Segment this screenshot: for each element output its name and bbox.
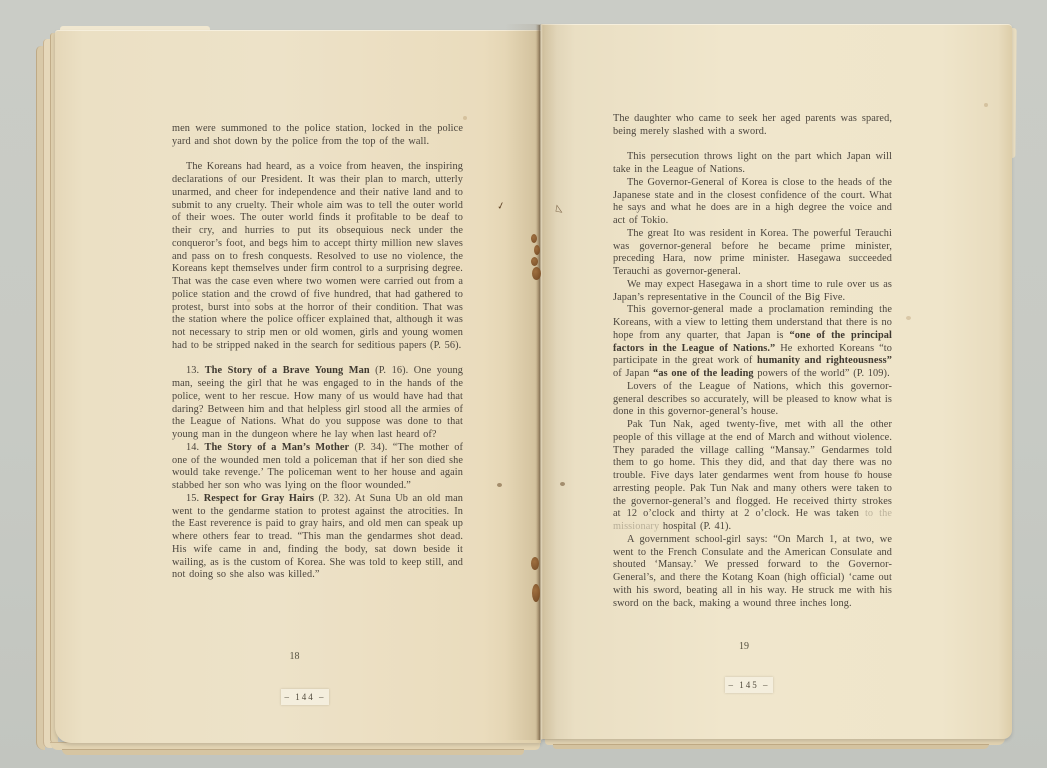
paragraph: A government school-girl says: “On March… — [613, 534, 892, 611]
text-run: men were summoned to the police station,… — [172, 123, 463, 147]
text-run: 13. — [186, 365, 205, 376]
bold-text-run: The Story of a Man’s Mother — [205, 442, 350, 453]
page-stack-bottom-edge — [62, 749, 524, 755]
open-book-scan: men were summoned to the police station,… — [0, 0, 1047, 768]
rust-stain — [531, 234, 537, 243]
bold-text-run: humanity and righteousness” — [757, 355, 892, 366]
foxing-speck — [855, 470, 859, 474]
right-page: The daughter who came to seek her aged p… — [541, 24, 1012, 739]
paragraph: men were summoned to the police station,… — [172, 123, 463, 149]
paragraph: 13. The Story of a Brave Young Man (P. 1… — [172, 365, 463, 442]
right-page-folio-stamp: – 145 – — [725, 677, 773, 693]
left-page: men were summoned to the police station,… — [55, 30, 541, 743]
paragraph: 14. The Story of a Man’s Mother (P. 34).… — [172, 442, 463, 493]
paragraph: We may expect Hasegawa in a short time t… — [613, 279, 892, 305]
text-run: We may expect Hasegawa in a short time t… — [613, 279, 892, 303]
bold-text-run: “as one of the leading — [653, 368, 754, 379]
paragraph: The great Ito was resident in Korea. The… — [613, 228, 892, 279]
text-run: powers of the world” (P. 109). — [754, 368, 890, 379]
rust-stain — [531, 257, 538, 266]
text-run: The daughter who came to seek her aged p… — [613, 113, 892, 137]
ink-speck — [560, 482, 565, 486]
text-run: 14. — [186, 442, 205, 453]
text-run: The Governor-General of Korea is close t… — [613, 177, 892, 226]
foxing-speck — [463, 116, 467, 120]
paragraph: Pak Tun Nak, aged twenty-five, met with … — [613, 419, 892, 534]
foxing-speck — [984, 103, 988, 107]
left-page-folio-stamp: – 144 – — [281, 689, 329, 705]
text-run: of Japan — [613, 368, 653, 379]
bold-text-run: Respect for Gray Hairs — [204, 493, 314, 504]
paragraph: The daughter who came to seek her aged p… — [613, 113, 892, 139]
page-stack-bottom-edge — [553, 744, 989, 749]
text-run: Lovers of the League of Nations, which t… — [613, 381, 892, 418]
text-run: The great Ito was resident in Korea. The… — [613, 228, 892, 277]
left-page-text-column: men were summoned to the police station,… — [172, 123, 463, 582]
ink-speck — [497, 483, 502, 487]
foxing-speck — [906, 316, 911, 320]
text-run: A government school-girl says: “On March… — [613, 534, 892, 609]
right-page-number: 19 — [613, 641, 875, 652]
paragraph: 15. Respect for Gray Hairs (P. 32). At S… — [172, 493, 463, 582]
paragraph: The Koreans had heard, as a voice from h… — [172, 161, 463, 352]
bold-text-run: The Story of a Brave Young Man — [205, 365, 370, 376]
paragraph: The Governor-General of Korea is close t… — [613, 177, 892, 228]
text-run: This persecution throws light on the par… — [613, 151, 892, 175]
text-run: Pak Tun Nak, aged twenty-five, met with … — [613, 419, 892, 519]
paragraph: This governor-general made a proclamatio… — [613, 304, 892, 381]
left-page-number: 18 — [172, 651, 417, 662]
foxing-speck — [428, 561, 431, 564]
text-run: (P. 32). At Suna Ub an old man went to t… — [172, 493, 463, 581]
text-run: 15. — [186, 493, 204, 504]
paragraph: This persecution throws light on the par… — [613, 151, 892, 177]
text-run: (P. 16). One young man, seeing the girl … — [172, 365, 463, 440]
rust-stain — [534, 245, 540, 255]
text-run: hospital (P. 41). — [659, 521, 731, 532]
right-page-text-column: The daughter who came to seek her aged p… — [613, 113, 892, 610]
rust-stain — [532, 584, 540, 602]
text-run: The Koreans had heard, as a voice from h… — [172, 161, 463, 351]
rust-stain — [532, 267, 541, 280]
foxing-speck — [247, 299, 251, 302]
rust-stain — [531, 557, 539, 570]
paragraph: Lovers of the League of Nations, which t… — [613, 381, 892, 419]
